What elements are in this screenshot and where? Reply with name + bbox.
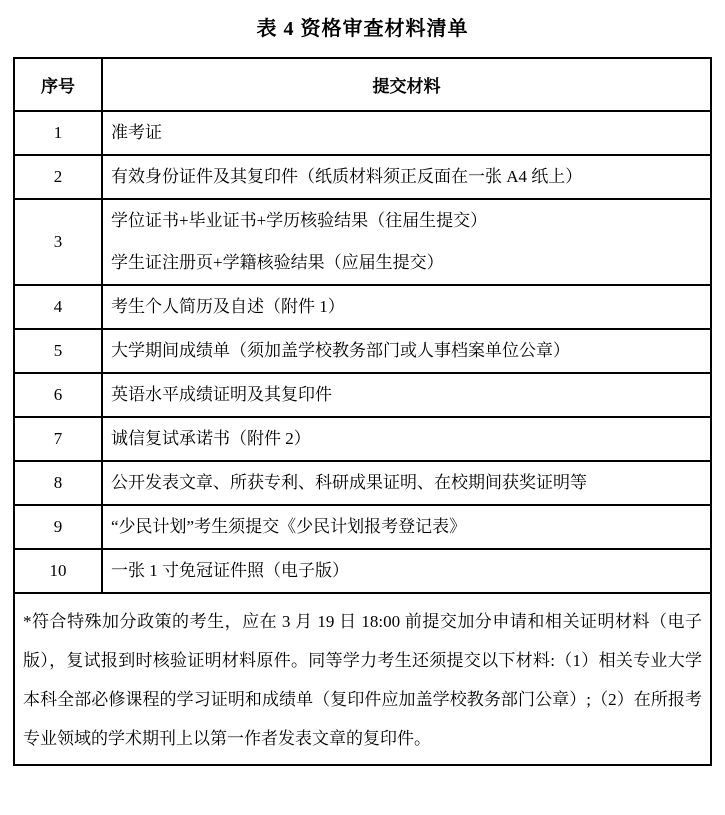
table-row: 2 有效身份证件及其复印件（纸质材料须正反面在一张 A4 纸上） [14,155,711,199]
table-caption: 表 4 资格审查材料清单 [0,12,725,41]
table-row: 1 准考证 [14,111,711,155]
row-material: 大学期间成绩单（须加盖学校教务部门或人事档案单位公章） [102,329,711,373]
header-row: 序号 提交材料 [14,58,711,111]
row-no: 7 [14,417,102,461]
table-row: 4 考生个人简历及自述（附件 1） [14,285,711,329]
row-no: 10 [14,549,102,593]
material-text: 有效身份证件及其复印件（纸质材料须正反面在一张 A4 纸上） [111,156,704,198]
row-no: 1 [14,111,102,155]
row-material: “少民计划”考生须提交《少民计划报考登记表》 [102,505,711,549]
row-material: 英语水平成绩证明及其复印件 [102,373,711,417]
row-material: 诚信复试承诺书（附件 2） [102,417,711,461]
row-no: 4 [14,285,102,329]
footnote-text: *符合特殊加分政策的考生，应在 3 月 19 日 18:00 前提交加分申请和相… [14,593,711,765]
table-row: 10 一张 1 寸免冠证件照（电子版） [14,549,711,593]
material-text: 公开发表文章、所获专利、科研成果证明、在校期间获奖证明等 [111,462,704,504]
material-text: 英语水平成绩证明及其复印件 [111,374,704,416]
row-material: 有效身份证件及其复印件（纸质材料须正反面在一张 A4 纸上） [102,155,711,199]
table-row: 9 “少民计划”考生须提交《少民计划报考登记表》 [14,505,711,549]
row-no: 3 [14,199,102,285]
row-no: 6 [14,373,102,417]
row-no: 5 [14,329,102,373]
material-text: 一张 1 寸免冠证件照（电子版） [111,550,704,592]
row-material: 准考证 [102,111,711,155]
row-no: 2 [14,155,102,199]
row-material: 一张 1 寸免冠证件照（电子版） [102,549,711,593]
header-cell-material: 提交材料 [102,58,711,111]
row-no: 8 [14,461,102,505]
material-text: 准考证 [111,112,704,154]
row-no: 9 [14,505,102,549]
table-row: 7 诚信复试承诺书（附件 2） [14,417,711,461]
material-text: 诚信复试承诺书（附件 2） [111,418,704,460]
header-cell-no: 序号 [14,58,102,111]
row-material: 学位证书+毕业证书+学历核验结果（往届生提交） 学生证注册页+学籍核验结果（应届… [102,199,711,285]
material-text: 学生证注册页+学籍核验结果（应届生提交） [111,242,704,284]
material-text: “少民计划”考生须提交《少民计划报考登记表》 [111,506,704,548]
document-page: 表 4 资格审查材料清单 序号 提交材料 1 准考证 2 有效身份证件及其复印件… [0,0,725,815]
materials-table: 序号 提交材料 1 准考证 2 有效身份证件及其复印件（纸质材料须正反面在一张 … [13,57,712,766]
table-row: 6 英语水平成绩证明及其复印件 [14,373,711,417]
material-text: 学位证书+毕业证书+学历核验结果（往届生提交） [111,200,704,242]
table-row: 5 大学期间成绩单（须加盖学校教务部门或人事档案单位公章） [14,329,711,373]
material-text: 大学期间成绩单（须加盖学校教务部门或人事档案单位公章） [111,330,704,372]
table-row: 3 学位证书+毕业证书+学历核验结果（往届生提交） 学生证注册页+学籍核验结果（… [14,199,711,285]
footnote-row: *符合特殊加分政策的考生，应在 3 月 19 日 18:00 前提交加分申请和相… [14,593,711,765]
material-text: 考生个人简历及自述（附件 1） [111,286,704,328]
row-material: 公开发表文章、所获专利、科研成果证明、在校期间获奖证明等 [102,461,711,505]
row-material: 考生个人简历及自述（附件 1） [102,285,711,329]
table-row: 8 公开发表文章、所获专利、科研成果证明、在校期间获奖证明等 [14,461,711,505]
